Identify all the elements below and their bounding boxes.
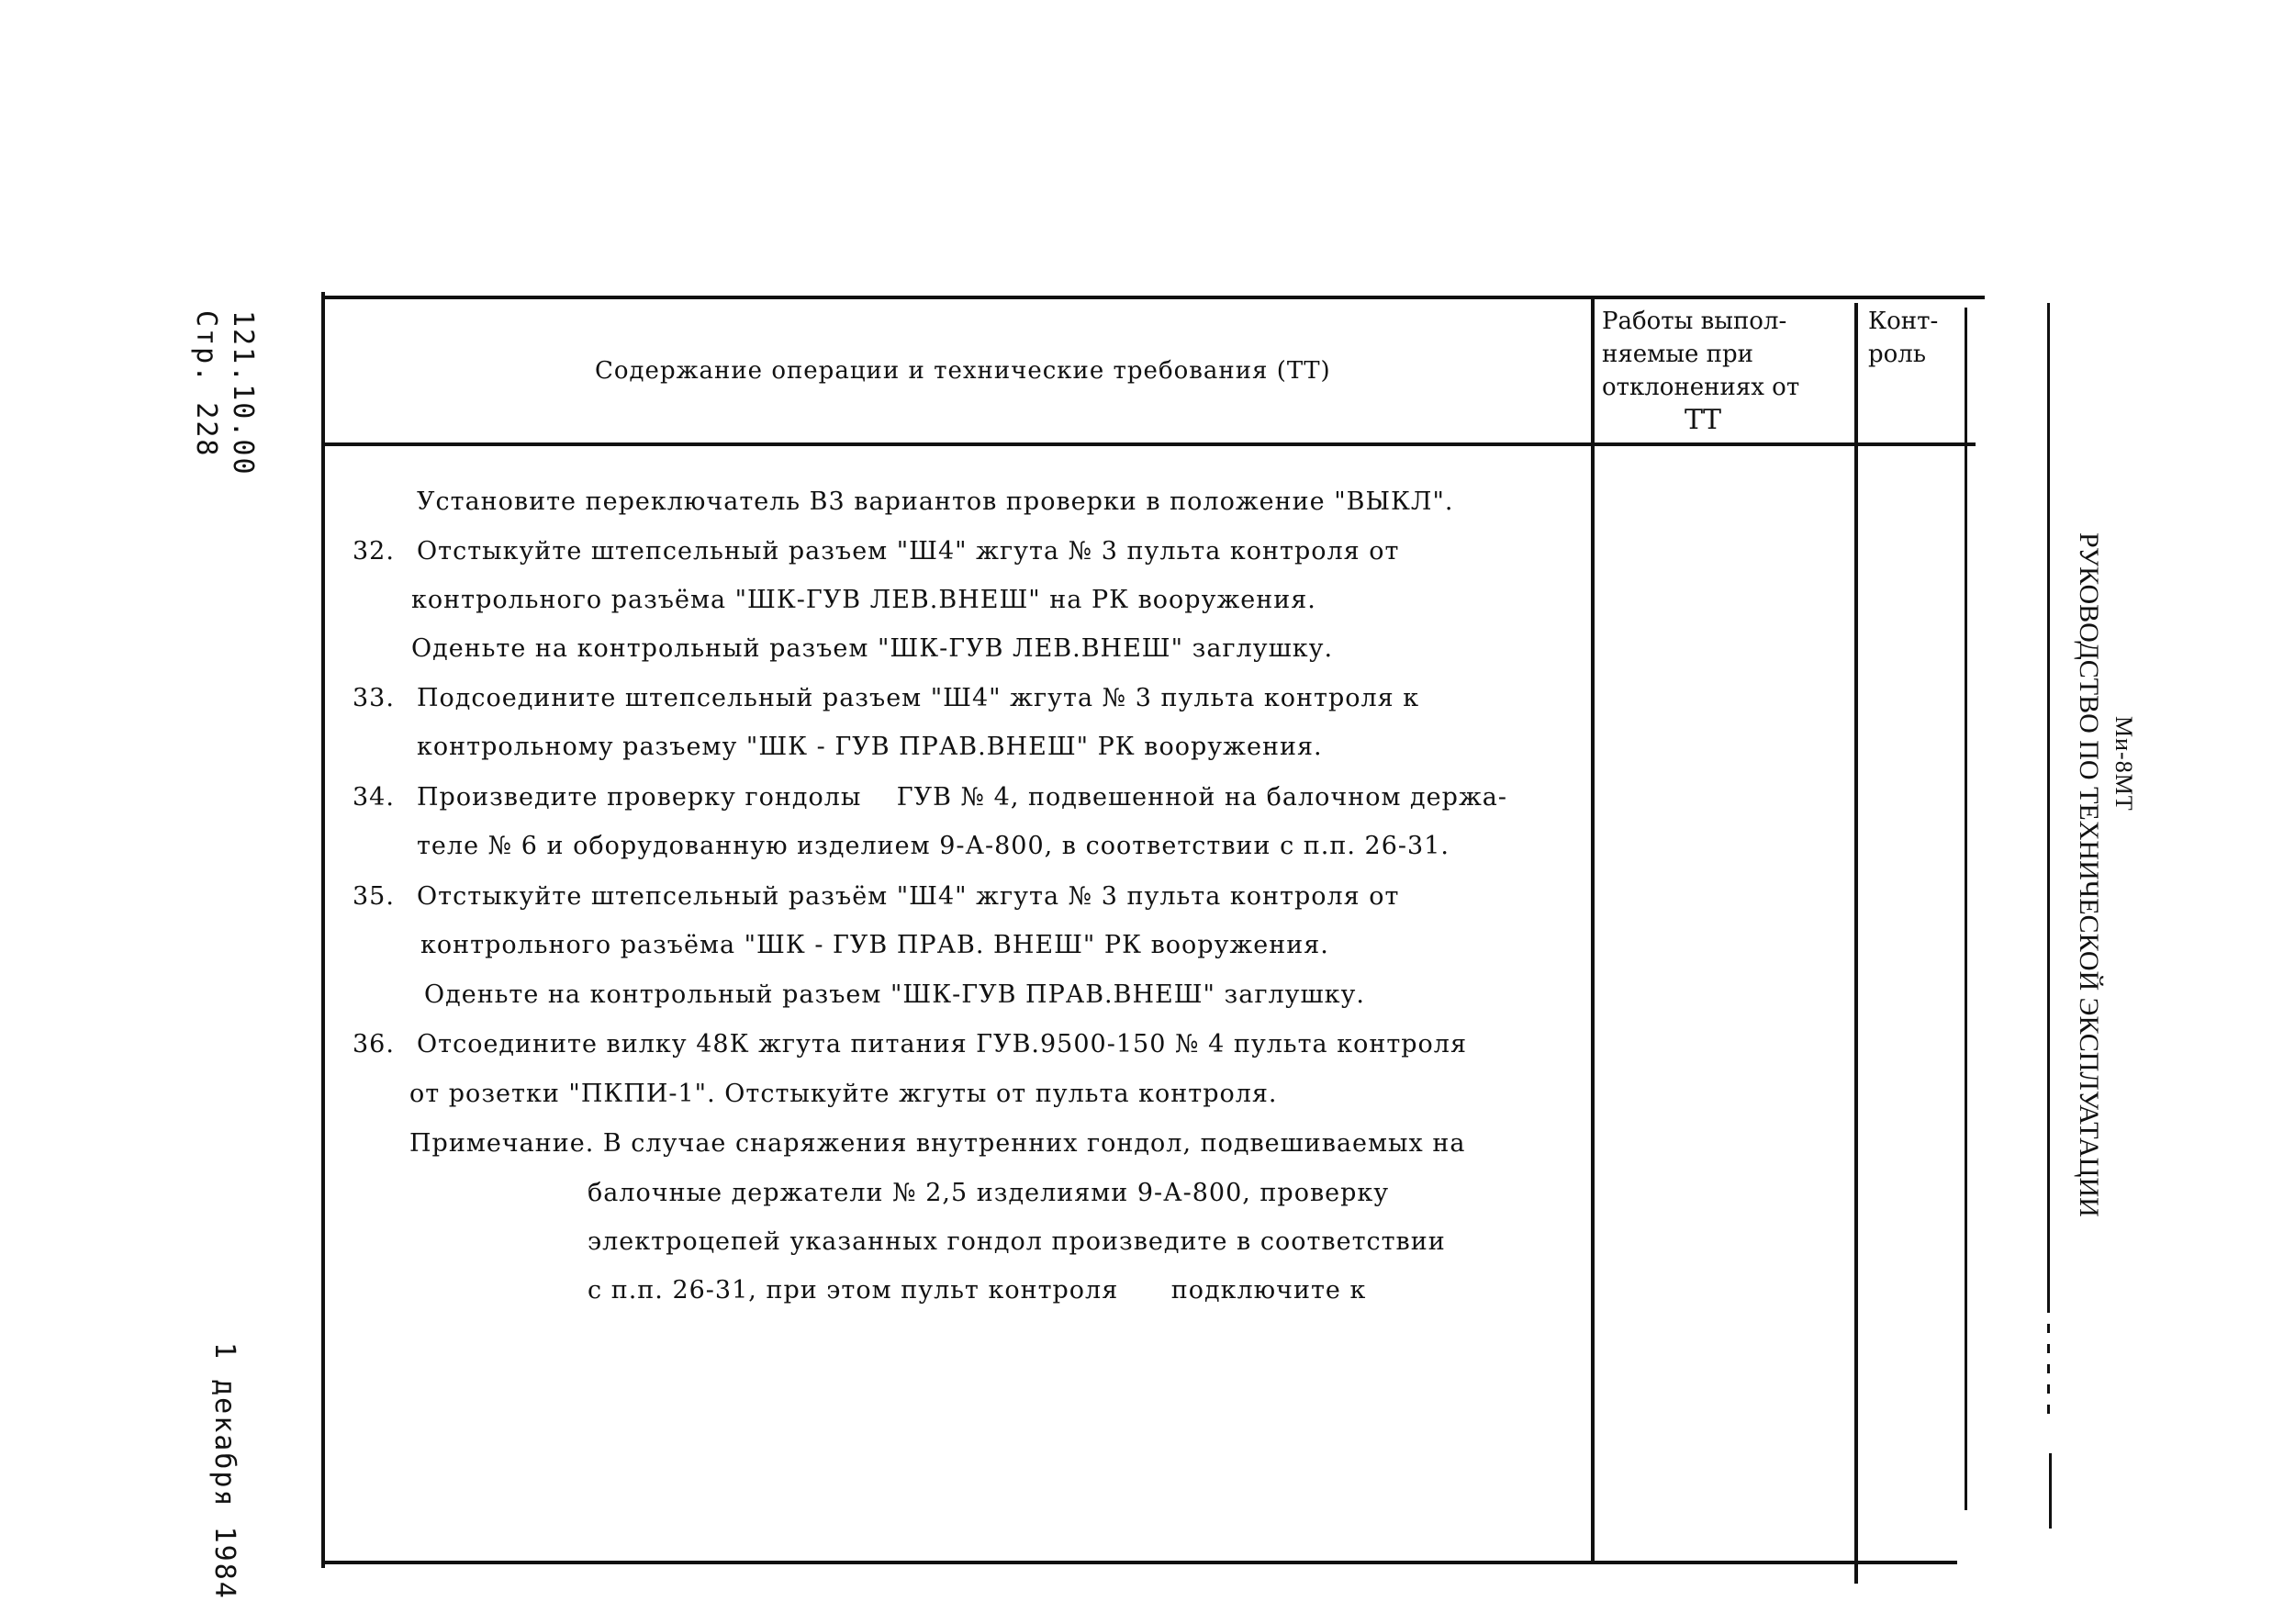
- header-bottom-border: [323, 442, 1976, 446]
- note-line: балочные держатели № 2,5 изделиями 9-А-8…: [588, 1180, 1389, 1207]
- line-text: Отсоедините вилку 48К жгута питания ГУВ.…: [417, 1031, 1467, 1058]
- header-control-line-1: Конт-: [1868, 305, 1938, 338]
- line-text: Отстыкуйте штепсельный разъём "Ш4" жгута…: [417, 883, 1399, 911]
- item-number: 34.: [353, 784, 395, 812]
- page-number: Стр. 228: [190, 310, 222, 458]
- line-text: Оденьте на контрольный разъем "ШК-ГУВ ЛЕ…: [411, 635, 1333, 663]
- note-line: Примечание. В случае снаряжения внутренн…: [409, 1130, 1465, 1158]
- line-text: контрольного разъёма "ШК-ГУВ ЛЕВ.ВНЕШ" н…: [411, 587, 1316, 614]
- item-number: 32.: [353, 538, 395, 566]
- table-left-border: [321, 292, 325, 1568]
- column-divider-1: [1591, 298, 1595, 1563]
- outer-right-rule-dashed: [2047, 1304, 2050, 1414]
- line-text: теле № 6 и оборудованную изделием 9-А-80…: [417, 833, 1450, 860]
- line-text: Подсоедините штепсельный разъем "Ш4" жгу…: [417, 685, 1419, 712]
- line-text: контрольного разъёма "ШК - ГУВ ПРАВ. ВНЕ…: [420, 932, 1329, 959]
- header-deviations-line-3: отклонениях от: [1602, 371, 1799, 404]
- line-text: от розетки "ПКПИ-1". Отстыкуйте жгуты от…: [409, 1081, 1278, 1108]
- outer-right-rule: [2047, 303, 2050, 1304]
- line-text: Отстыкуйте штепсельный разъем "Ш4" жгута…: [417, 538, 1399, 566]
- note-line: с п.п. 26-31, при этом пульт контроля по…: [588, 1277, 1366, 1305]
- note-line: электроцепей указанных гондол произведит…: [588, 1228, 1446, 1256]
- header-control-line-2: роль: [1868, 338, 1926, 371]
- table-right-border: [1965, 308, 1967, 1510]
- outer-right-rule-tail: [2049, 1453, 2052, 1529]
- line-text: Произведите проверку гондолы ГУВ № 4, по…: [417, 784, 1507, 812]
- table-bottom-border: [323, 1561, 1957, 1564]
- header-deviations-line-2: няемые при: [1602, 338, 1753, 371]
- line-text: Установите переключатель В3 вариантов пр…: [417, 488, 1453, 516]
- item-number: 33.: [353, 685, 395, 712]
- line-text: Оденьте на контрольный разъем "ШК-ГУВ ПР…: [424, 981, 1365, 1009]
- issue-date: 1 декабря 1984: [208, 1342, 241, 1600]
- header-content: Содержание операции и технические требов…: [595, 357, 1331, 385]
- header-deviations-line-1: Работы выпол-: [1602, 305, 1786, 338]
- aircraft-model: Ми-8МТ: [2110, 716, 2137, 812]
- item-number: 36.: [353, 1031, 395, 1058]
- table-top-border: [323, 296, 1985, 299]
- line-text: контрольному разъему "ШК - ГУВ ПРАВ.ВНЕШ…: [417, 734, 1323, 761]
- manual-title: РУКОВОДСТВО ПО ТЕХНИЧЕСКОЙ ЭКСПЛУАТАЦИИ: [2073, 532, 2104, 1217]
- header-deviations-line-4: ТТ: [1685, 404, 1721, 437]
- item-number: 35.: [353, 883, 395, 911]
- column-divider-2: [1854, 303, 1858, 1584]
- doc-code: 121.10.00: [227, 310, 259, 476]
